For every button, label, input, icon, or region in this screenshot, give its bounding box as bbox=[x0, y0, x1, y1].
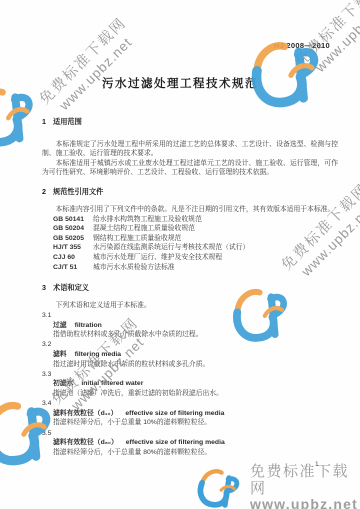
watermark-text-top-left: 免费标准下载网 www.upbz.net bbox=[34, 12, 142, 120]
footer-site-url: www.upbz.net bbox=[250, 497, 360, 509]
paragraph: 本标准适用于城镇污水或工业废水处理工程过滤单元工艺的设计、施工验收、运行管理，可… bbox=[42, 159, 338, 178]
term-item: 3.3 初滤水initial filtered water 指滤池（滤罐）冲洗后… bbox=[42, 370, 338, 399]
reference-code: HJ/T 355 bbox=[53, 243, 87, 253]
footer-brand-text: 免费标准下载网 www.upbz.net bbox=[250, 463, 360, 509]
term-name-zh: 初滤水 bbox=[53, 380, 73, 387]
section-3-heading: 3术语和定义 bbox=[42, 283, 338, 293]
reference-title: 混凝土结构工程施工质量验收规范 bbox=[93, 225, 195, 232]
section-1-title: 适用范围 bbox=[53, 117, 82, 126]
reference-title: 水污染源在线监测系统运行与考核技术规范（试行） bbox=[93, 244, 249, 251]
paragraph: 本标准规定了污水处理工程中所采用的过滤工艺的总体要求、工艺设计、设备选型、检测与… bbox=[42, 140, 338, 159]
section-2-intro: 本标准内容引用了下列文件中的条款。凡是不注日期的引用文件，其有效版本适用于本标准… bbox=[42, 205, 338, 215]
reference-title: 城市污水处理厂运行、维护及安全技术规程 bbox=[93, 254, 222, 261]
term-number: 3.1 bbox=[42, 311, 338, 321]
term-name-zh: 滤料有效粒径（d₈₀） bbox=[53, 439, 118, 446]
reference-list: GB 50141给水排水构筑物工程施工及验收规范 GB 50204混凝土结构工程… bbox=[53, 215, 338, 273]
section-2-title: 规范性引用文件 bbox=[53, 187, 103, 196]
term-name: 滤料filtering media bbox=[53, 350, 338, 360]
reference-item: GB 50141给水排水构筑物工程施工及验收规范 bbox=[53, 215, 338, 225]
term-name-en: initial filtered water bbox=[81, 380, 143, 387]
term-name-zh: 滤料有效粒径（d₁₀） bbox=[53, 410, 117, 417]
reference-code: CJJ 60 bbox=[53, 253, 87, 263]
term-number: 3.4 bbox=[42, 399, 338, 409]
section-3-number: 3 bbox=[42, 283, 46, 292]
term-definition: 指滤料经筛分后，小于总重量 80%的滤料颗粒粒径。 bbox=[53, 448, 338, 458]
term-name-en: filtration bbox=[75, 322, 102, 329]
term-name: 初滤水initial filtered water bbox=[53, 379, 338, 389]
reference-item: CJ/T 51城市污水水质检验方法标准 bbox=[53, 263, 338, 273]
term-definition: 指借助粒状材料或多孔介质截除水中杂质的过程。 bbox=[53, 330, 338, 340]
term-name-en: effective size of filtering media bbox=[125, 410, 224, 417]
term-item: 3.4 滤料有效粒径（d₁₀）effective size of filteri… bbox=[42, 399, 338, 428]
section-3-intro: 下列术语和定义适用于本标准。 bbox=[42, 301, 338, 311]
watermark-site-name: 免费标准下载网 bbox=[290, 0, 360, 71]
footer-brand: 免费标准下载网 www.upbz.net bbox=[188, 463, 360, 509]
term-item: 3.2 滤料filtering media 指过滤时用以截除水中杂质的粒状材料或… bbox=[42, 340, 338, 369]
reference-item: GB 50205钢结构工程施工质量验收规范 bbox=[53, 234, 338, 244]
reference-title: 城市污水水质检验方法标准 bbox=[93, 264, 175, 271]
up-logo-icon bbox=[188, 466, 248, 509]
term-name: 过滤filtration bbox=[53, 321, 338, 331]
standard-number: HJ 2008—2010 bbox=[274, 41, 330, 50]
term-number: 3.3 bbox=[42, 370, 338, 380]
reference-code: GB 50205 bbox=[53, 234, 87, 244]
terms-list: 3.1 过滤filtration 指借助粒状材料或多孔介质截除水中杂质的过程。 … bbox=[42, 311, 338, 457]
footer-site-name: 免费标准下载网 bbox=[250, 463, 360, 497]
term-name-zh: 过滤 bbox=[53, 322, 67, 329]
reference-title: 给水排水构筑物工程施工及验收规范 bbox=[93, 216, 202, 223]
term-name-en: effective size of filtering media bbox=[126, 439, 225, 446]
section-1-number: 1 bbox=[42, 117, 46, 126]
reference-item: GB 50204混凝土结构工程施工质量验收规范 bbox=[53, 224, 338, 234]
document-page: HJ 2008—2010 污水过滤处理工程技术规范 1适用范围 本标准规定了污水… bbox=[0, 0, 360, 509]
term-name-en: filtering media bbox=[75, 351, 121, 358]
term-item: 3.5 滤料有效粒径（d₈₀）effective size of filteri… bbox=[42, 429, 338, 458]
section-2-number: 2 bbox=[42, 187, 46, 196]
term-definition: 指过滤时用以截除水中杂质的粒状材料或多孔介质。 bbox=[53, 360, 338, 370]
term-name-zh: 滤料 bbox=[53, 351, 67, 358]
reference-code: CJ/T 51 bbox=[53, 263, 87, 273]
document-body: 1适用范围 本标准规定了污水处理工程中所采用的过滤工艺的总体要求、工艺设计、设备… bbox=[42, 117, 338, 457]
term-number: 3.2 bbox=[42, 340, 338, 350]
reference-code: GB 50204 bbox=[53, 224, 87, 234]
reference-item: CJJ 60城市污水处理厂运行、维护及安全技术规程 bbox=[53, 253, 338, 263]
term-number: 3.5 bbox=[42, 429, 338, 439]
watermark-site-url: www.upbz.net bbox=[50, 28, 142, 120]
term-name: 滤料有效粒径（d₈₀）effective size of filtering m… bbox=[53, 438, 338, 448]
page-title: 污水过滤处理工程技术规范 bbox=[0, 75, 360, 91]
term-definition: 指滤池（滤罐）冲洗后，重新过滤的初始阶段滤后出水。 bbox=[53, 389, 338, 399]
term-item: 3.1 过滤filtration 指借助粒状材料或多孔介质截除水中杂质的过程。 bbox=[42, 311, 338, 340]
section-1-heading: 1适用范围 bbox=[42, 117, 338, 127]
watermark-site-name: 免费标准下载网 bbox=[34, 12, 131, 109]
reference-code: GB 50141 bbox=[53, 215, 87, 225]
section-3-title: 术语和定义 bbox=[53, 283, 89, 292]
reference-title: 钢结构工程施工质量验收规范 bbox=[93, 235, 181, 242]
term-definition: 指滤料经筛分后，小于总重量 10%的滤料颗粒粒径。 bbox=[53, 418, 338, 428]
term-name: 滤料有效粒径（d₁₀）effective size of filtering m… bbox=[53, 409, 338, 419]
reference-item: HJ/T 355水污染源在线监测系统运行与考核技术规范（试行） bbox=[53, 243, 338, 253]
section-2-heading: 2规范性引用文件 bbox=[42, 187, 338, 197]
